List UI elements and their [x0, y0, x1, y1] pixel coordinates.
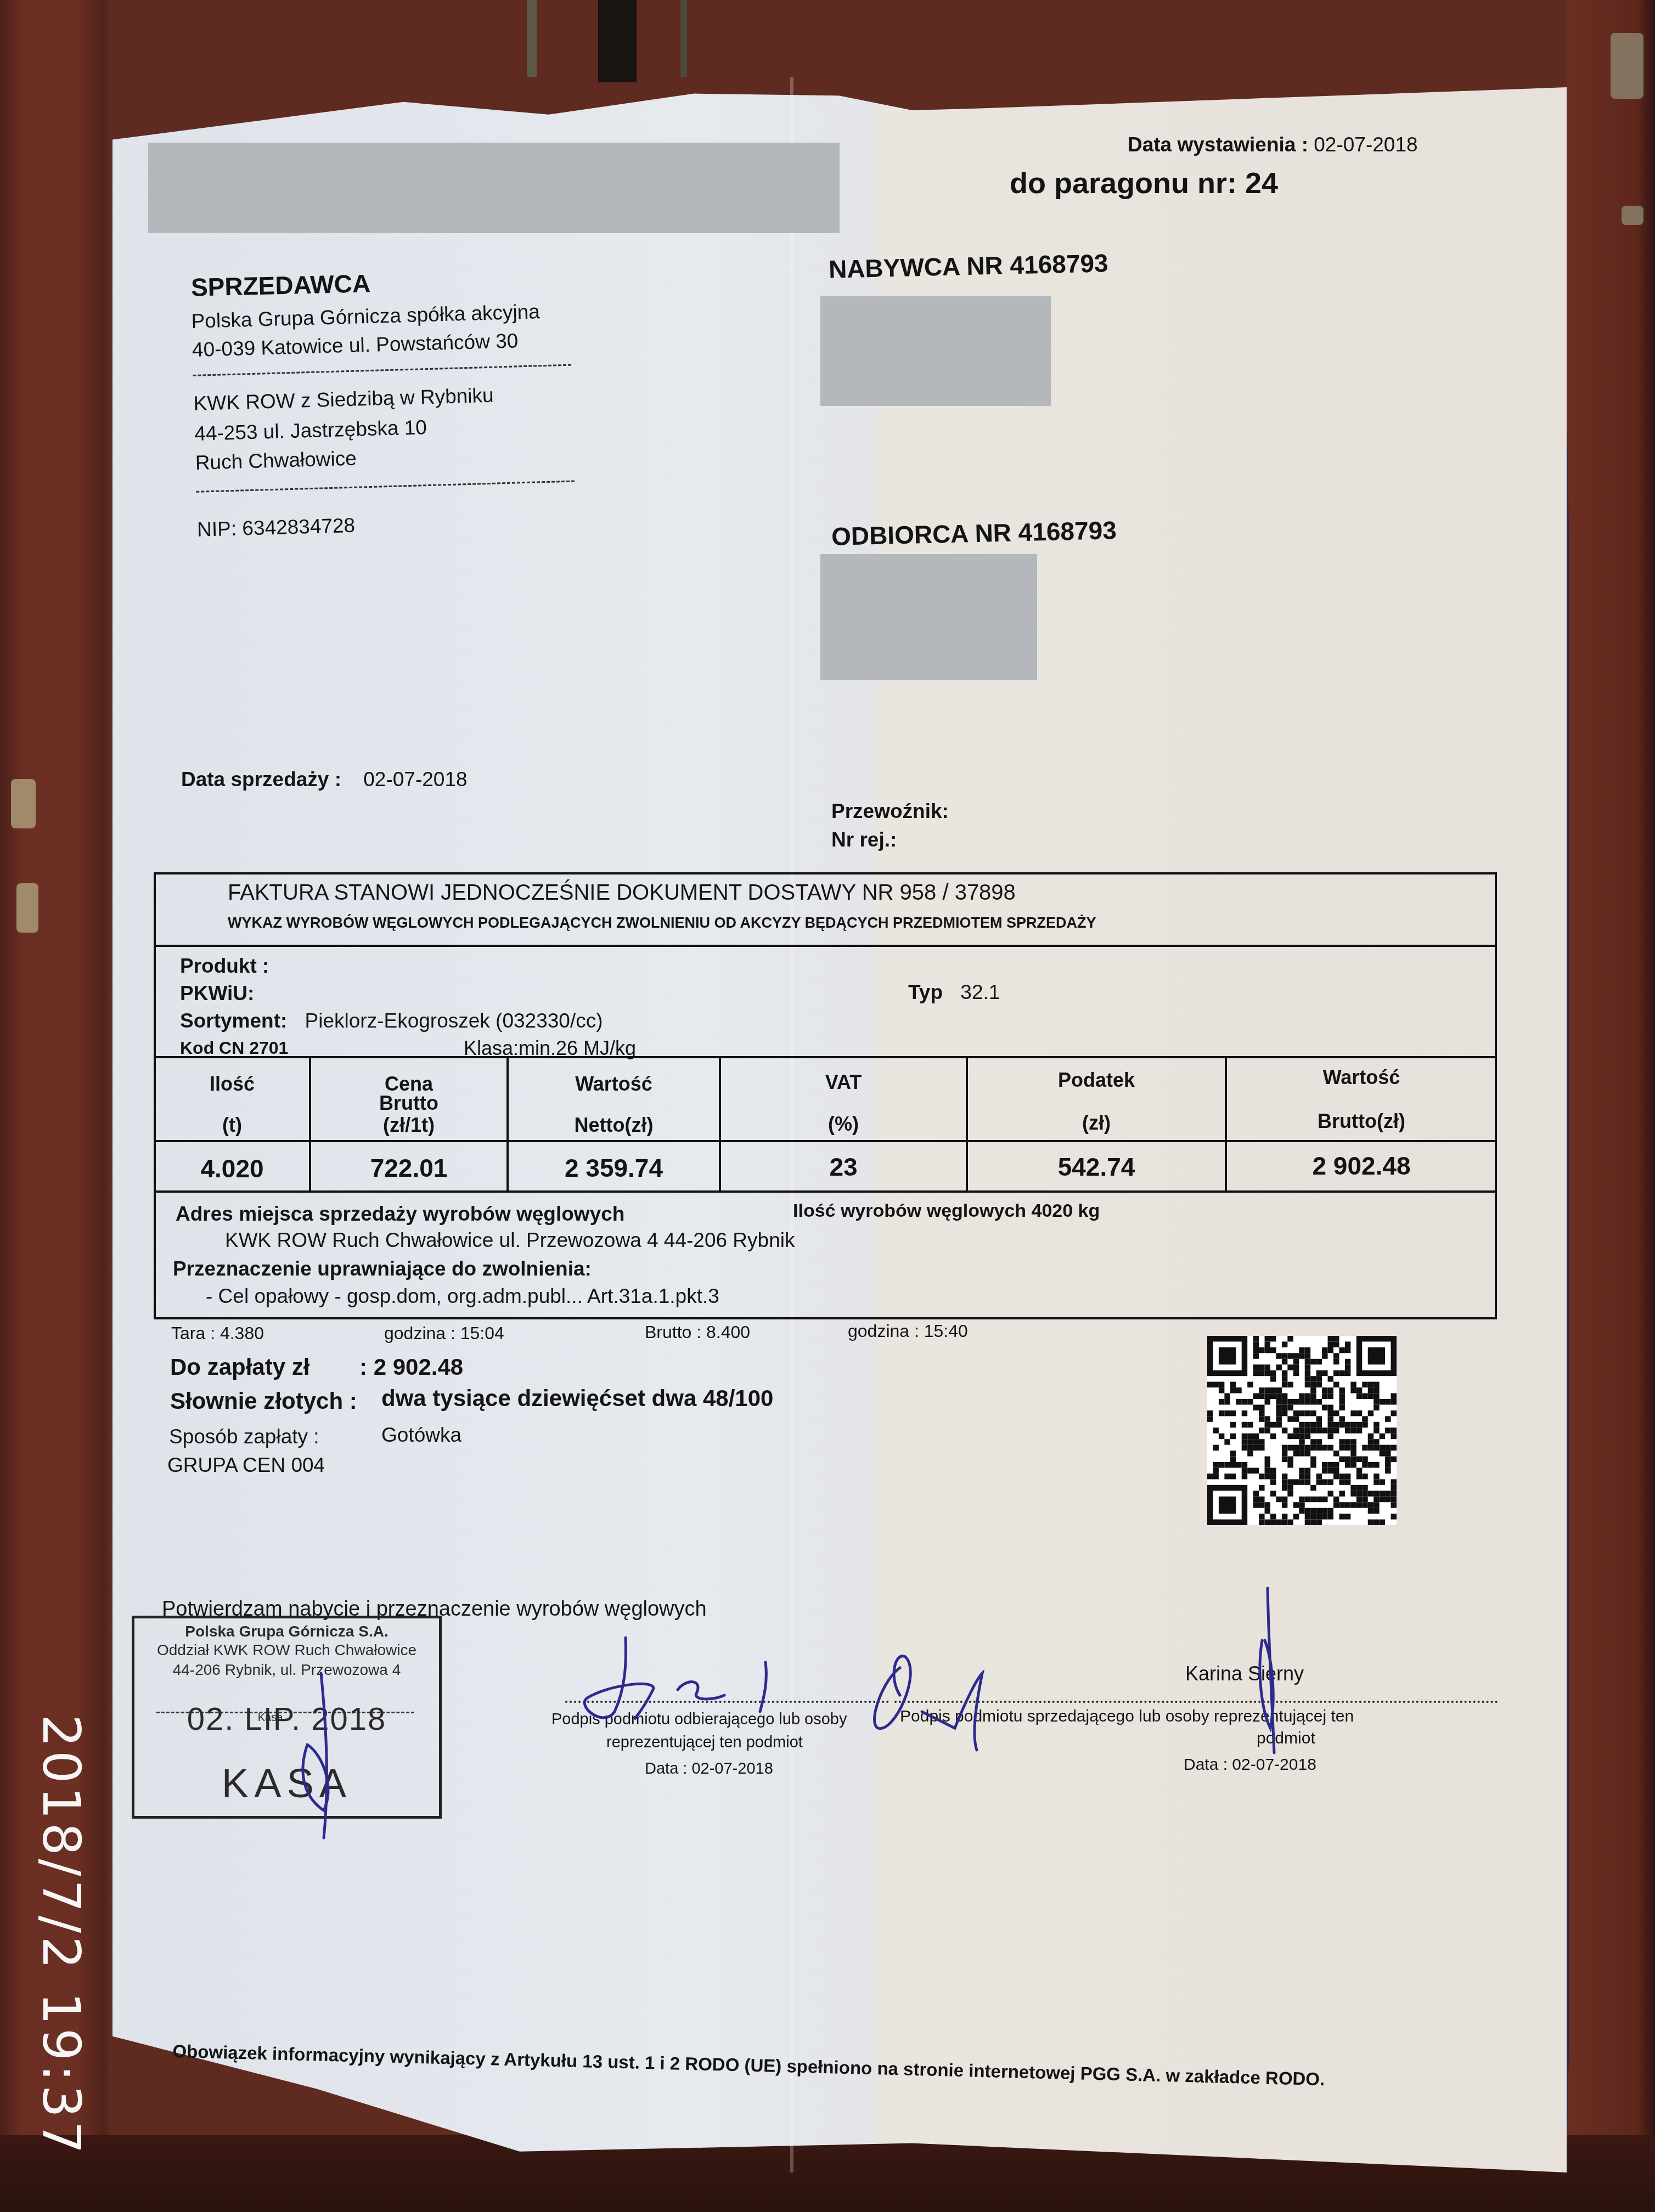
photo-timestamp: 2018/7/2 19:37: [31, 1714, 91, 2157]
handwritten-signatures: [0, 0, 1655, 2212]
